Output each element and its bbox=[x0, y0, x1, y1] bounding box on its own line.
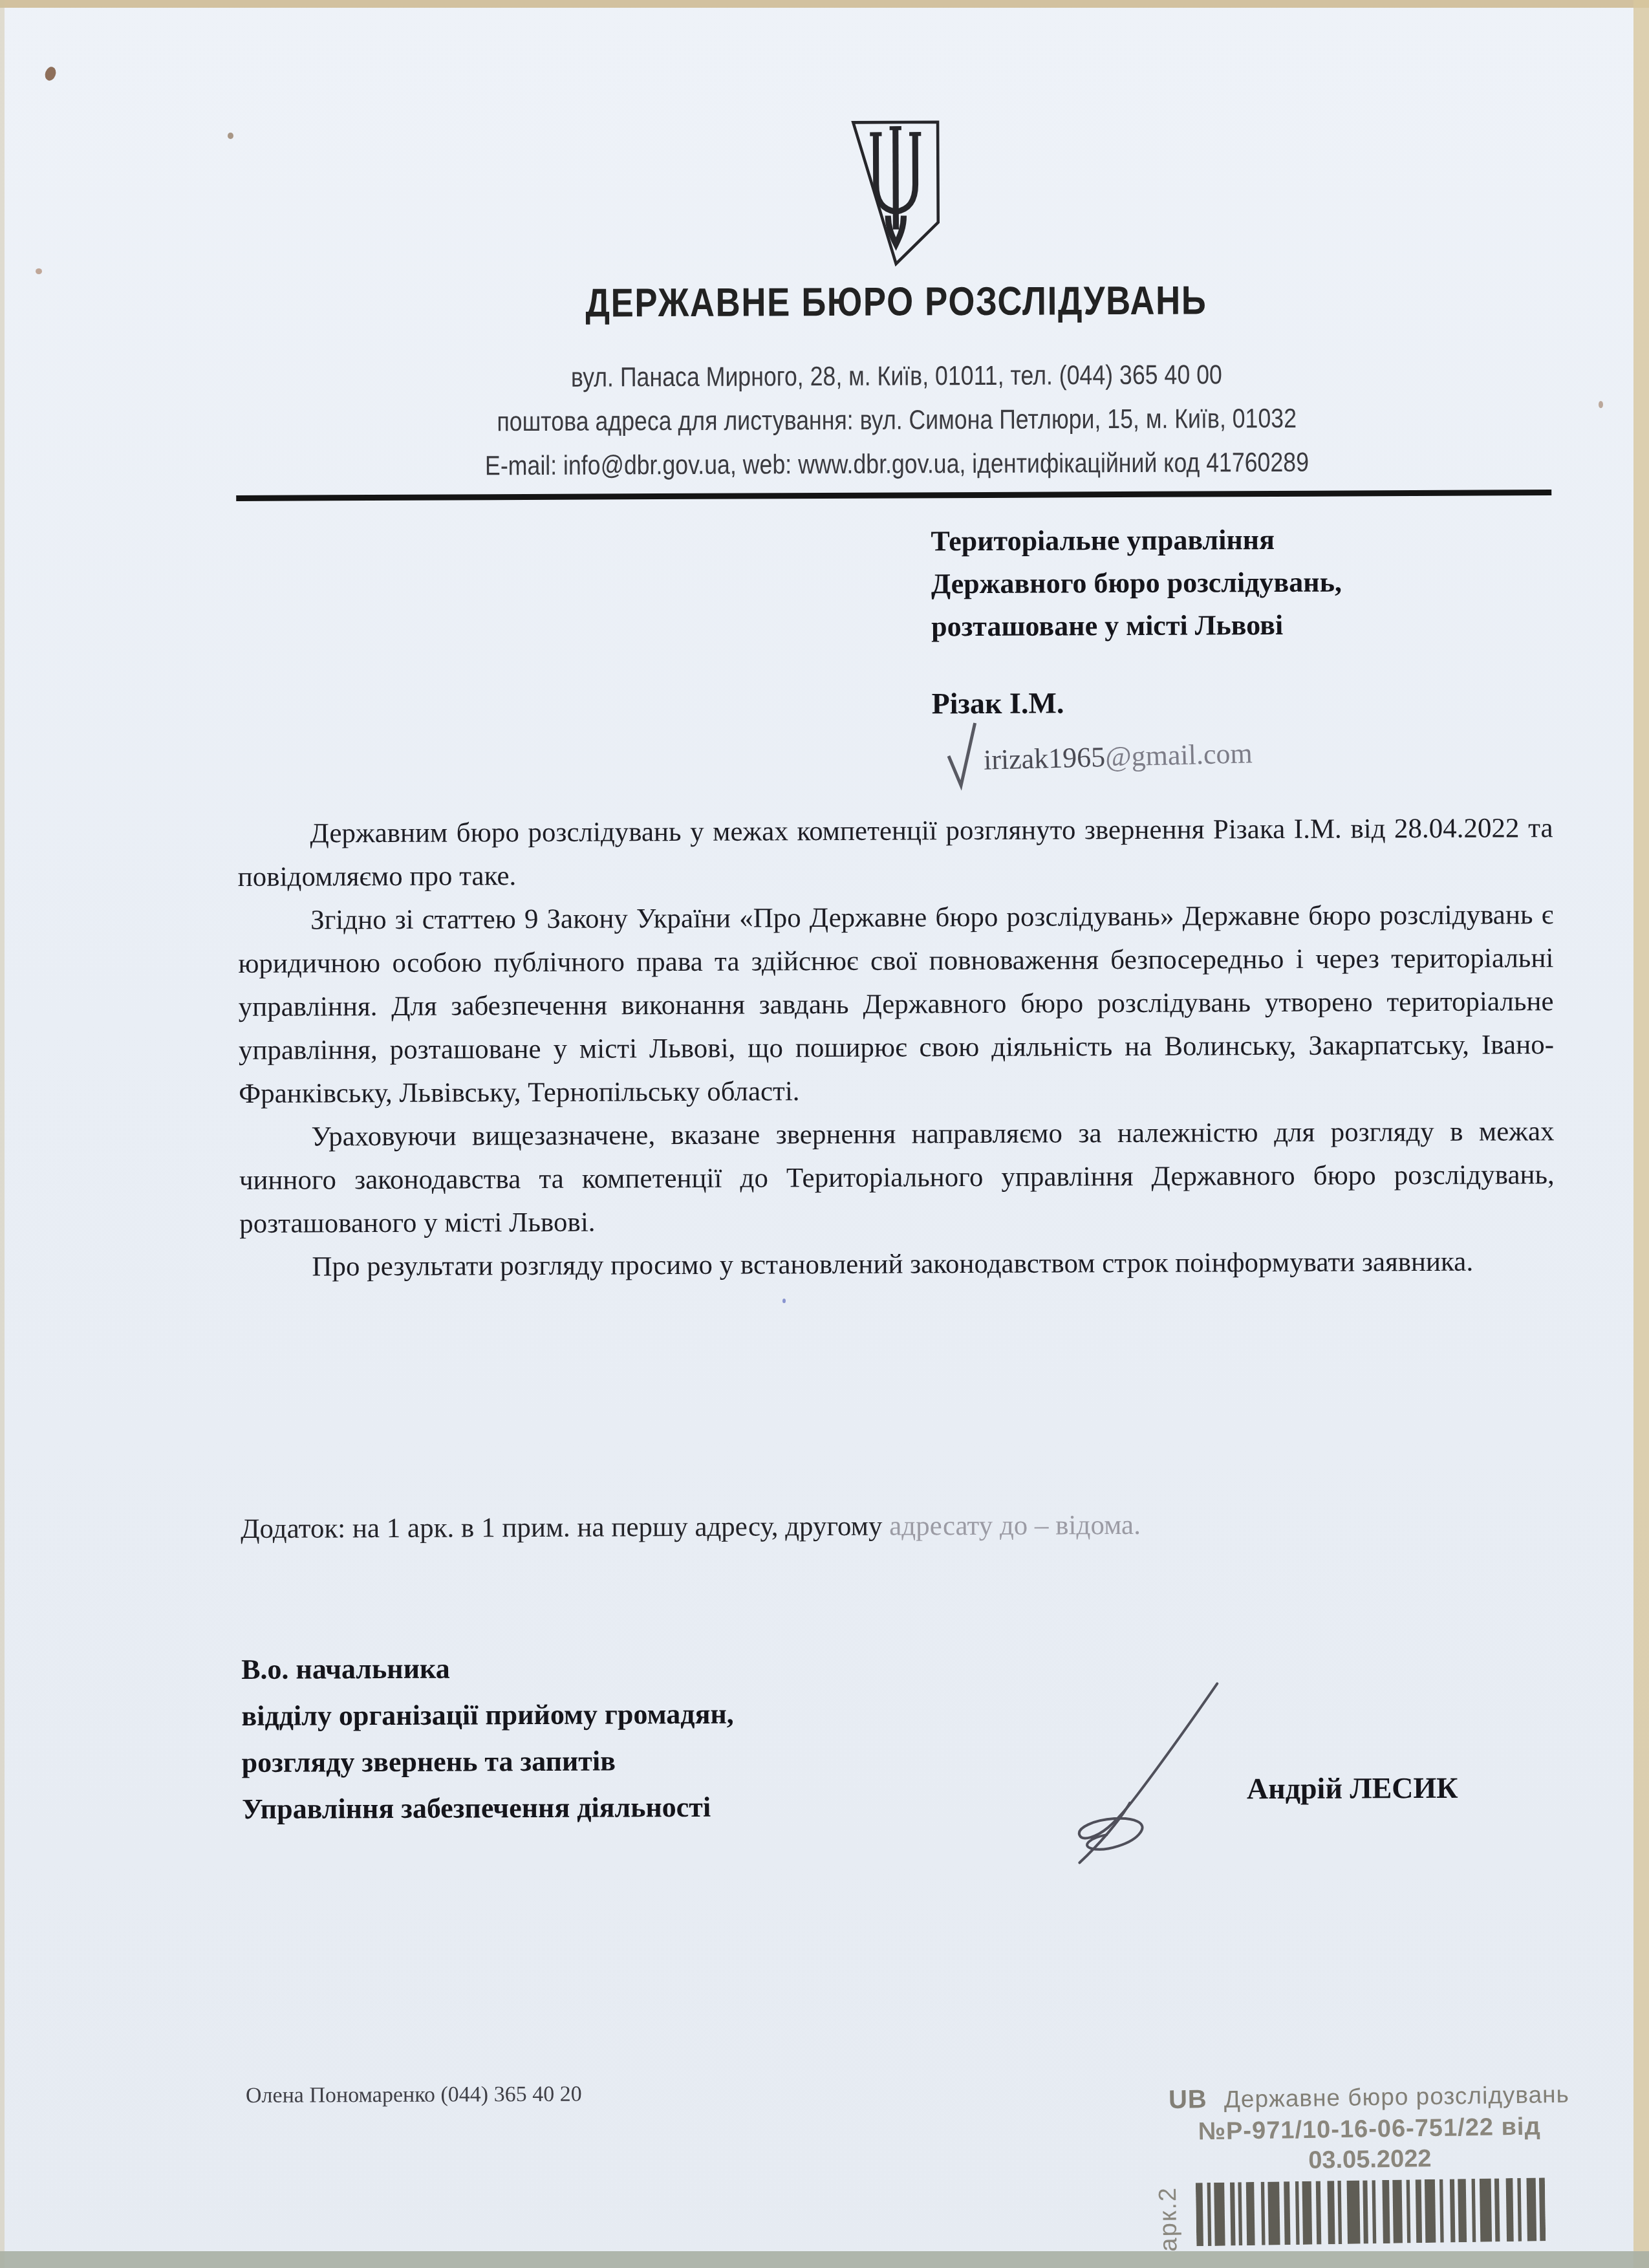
registration-stamp: UBДержавне бюро розслідувань №Р-971/10-1… bbox=[1136, 2079, 1604, 2250]
attachment-text-faded: адресату до – відома. bbox=[889, 1510, 1141, 1542]
recipient-name: Різак І.М. bbox=[932, 686, 1064, 720]
signer-position-block: В.о. начальника відділу організації прий… bbox=[241, 1645, 735, 1833]
attachment-note: Додаток: на 1 арк. в 1 прим. на першу ад… bbox=[241, 1507, 1556, 1545]
paragraph-2: Згідно зі статтею 9 Закону України «Про … bbox=[238, 893, 1554, 1116]
org-address-line-1: вул. Панаса Мирного, 28, м. Київ, 01011,… bbox=[336, 352, 1457, 401]
executor-contact: Олена Пономаренко (044) 365 40 20 bbox=[246, 2082, 582, 2108]
org-address-line-3: E-mail: info@dbr.gov.ua, web: www.dbr.go… bbox=[336, 440, 1458, 489]
letter-body: Державним бюро розслідувань у межах комп… bbox=[237, 806, 1555, 1289]
scan-speck bbox=[1599, 401, 1603, 408]
registration-barcode-icon bbox=[1196, 2177, 1546, 2246]
paragraph-1: Державним бюро розслідувань у межах комп… bbox=[237, 806, 1553, 899]
handwritten-signature-icon bbox=[964, 1674, 1242, 1870]
handwritten-checkmark-icon bbox=[943, 718, 980, 791]
stamp-org-line: UBДержавне бюро розслідувань bbox=[1136, 2079, 1602, 2115]
signer-position-line-1: В.о. начальника bbox=[241, 1645, 734, 1693]
paragraph-3: Ураховуючи вищезазначене, вказане зверне… bbox=[239, 1110, 1555, 1246]
paragraph-4: Про результати розгляду просимо у встано… bbox=[239, 1240, 1555, 1289]
recipient-line-1: Територіальне управління bbox=[931, 519, 1341, 563]
signer-position-line-3: розгляду звернень та запитів bbox=[242, 1738, 735, 1786]
org-name: ДЕРЖАВНЕ БЮРО РОЗСЛІДУВАНЬ bbox=[336, 277, 1457, 328]
email-domain: @gmail.com bbox=[1105, 737, 1253, 773]
email-user: irizak1965 bbox=[983, 741, 1105, 776]
recipient-email-row: irizak1965@gmail.com bbox=[943, 718, 945, 796]
header-divider bbox=[236, 490, 1551, 501]
signer-position-line-2: відділу організації прийому громадян, bbox=[241, 1691, 734, 1740]
scan-speck bbox=[36, 268, 42, 274]
signer-position-line-4: Управління забезпечення діяльності bbox=[242, 1784, 735, 1833]
scanned-letter-page: ДЕРЖАВНЕ БЮРО РОЗСЛІДУВАНЬ вул. Панаса М… bbox=[0, 0, 1649, 2268]
stamp-pages-label: арк.2 bbox=[1154, 2187, 1183, 2252]
recipient-email: irizak1965@gmail.com bbox=[983, 737, 1253, 777]
scan-speck bbox=[782, 1299, 786, 1303]
org-address-block: вул. Панаса Мирного, 28, м. Київ, 01011,… bbox=[336, 352, 1458, 489]
letter-content: ДЕРЖАВНЕ БЮРО РОЗСЛІДУВАНЬ вул. Панаса М… bbox=[0, 0, 1649, 2268]
attachment-text: Додаток: на 1 арк. в 1 прим. на першу ад… bbox=[241, 1511, 889, 1544]
stamp-barcode-row: арк.2 bbox=[1137, 2176, 1604, 2250]
recipient-line-2: Державного бюро розслідувань, bbox=[931, 561, 1342, 606]
scan-speck bbox=[228, 133, 233, 139]
tryzub-emblem-icon bbox=[846, 119, 946, 267]
stamp-org-name: Державне бюро розслідувань bbox=[1224, 2081, 1570, 2113]
org-address-line-2: поштова адреса для листування: вул. Симо… bbox=[336, 396, 1458, 445]
stamp-reg-date: 03.05.2022 bbox=[1137, 2143, 1603, 2177]
recipient-line-3: розташоване у місті Львові bbox=[931, 604, 1342, 649]
signer-name: Андрій ЛЕСИК bbox=[1247, 1771, 1458, 1806]
stamp-logo: UB bbox=[1169, 2085, 1207, 2114]
stamp-reg-number: №Р-971/10-16-06-751/22 від bbox=[1136, 2112, 1602, 2147]
recipient-block: Територіальне управління Державного бюро… bbox=[931, 519, 1342, 649]
